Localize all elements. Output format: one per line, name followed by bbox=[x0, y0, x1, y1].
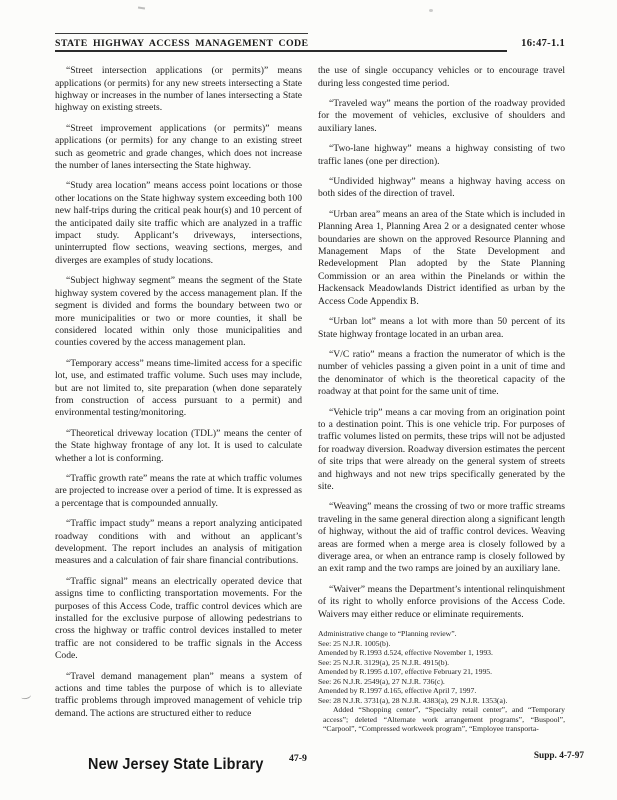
running-header: STATE HIGHWAY ACCESS MANAGEMENT CODE 16:… bbox=[55, 33, 565, 49]
definition-paragraph: “Traveled way” means the portion of the … bbox=[318, 98, 565, 135]
continuation-paragraph: the use of single occupancy vehicles or … bbox=[318, 65, 565, 90]
history-note-line: See: 28 N.J.R. 3731(a), 28 N.J.R. 4383(a… bbox=[318, 696, 565, 706]
right-column: the use of single occupancy vehicles or … bbox=[318, 65, 565, 733]
definition-paragraph: “Temporary access” means time-limited ac… bbox=[55, 358, 302, 420]
history-note-amendment: Added “Shopping center”, “Specialty reta… bbox=[323, 705, 565, 734]
definition-paragraph: “Waiver” means the Department’s intentio… bbox=[318, 584, 565, 621]
left-column: “Street intersection applications (or pe… bbox=[55, 65, 302, 733]
scan-artifact bbox=[429, 9, 433, 12]
history-note-line: See: 26 N.J.R. 2549(a), 27 N.J.R. 736(c)… bbox=[318, 677, 565, 687]
definition-paragraph: “Theoretical driveway location (TDL)” me… bbox=[55, 428, 302, 465]
scan-artifact bbox=[138, 7, 145, 10]
definition-paragraph: “Weaving” means the crossing of two or m… bbox=[318, 501, 565, 575]
history-note-line: Administrative change to “Planning revie… bbox=[318, 629, 565, 639]
two-column-body: “Street intersection applications (or pe… bbox=[55, 65, 565, 733]
scan-artifact bbox=[20, 692, 31, 700]
page-footer: New Jersey State Library 47-9 Supp. 4-7-… bbox=[0, 750, 617, 794]
definition-paragraph: “V/C ratio” means a fraction the numerat… bbox=[318, 349, 565, 399]
header-title: STATE HIGHWAY ACCESS MANAGEMENT CODE bbox=[55, 33, 308, 49]
definition-paragraph: “Travel demand management plan” means a … bbox=[55, 671, 302, 721]
history-note-line: See: 25 N.J.R. 1005(b). bbox=[318, 639, 565, 649]
definition-paragraph: “Street intersection applications (or pe… bbox=[55, 65, 302, 115]
document-page: STATE HIGHWAY ACCESS MANAGEMENT CODE 16:… bbox=[0, 0, 617, 800]
history-note-line: Amended by R.1993 d.524, effective Novem… bbox=[318, 648, 565, 658]
definition-paragraph: “Vehicle trip” means a car moving from a… bbox=[318, 407, 565, 494]
page-number: 47-9 bbox=[289, 753, 307, 764]
definition-paragraph: “Street improvement applications (or per… bbox=[55, 123, 302, 173]
definition-paragraph: “Traffic signal” means an electrically o… bbox=[55, 576, 302, 663]
history-note-line: Amended by R.1997 d.165, effective April… bbox=[318, 686, 565, 696]
library-stamp: New Jersey State Library bbox=[88, 756, 264, 774]
definition-paragraph: “Urban lot” means a lot with more than 5… bbox=[318, 316, 565, 341]
history-note-line: Amended by R.1995 d.107, effective Febru… bbox=[318, 667, 565, 677]
definition-paragraph: “Two-lane highway” means a highway consi… bbox=[318, 143, 565, 168]
supplement-date: Supp. 4-7-97 bbox=[534, 751, 584, 761]
header-rule bbox=[55, 50, 507, 52]
history-note-line: See: 25 N.J.R. 3129(a), 25 N.J.R. 4915(b… bbox=[318, 658, 565, 668]
definition-paragraph: “Undivided highway” means a highway havi… bbox=[318, 176, 565, 201]
definition-paragraph: “Urban area” means an area of the State … bbox=[318, 209, 565, 308]
definition-paragraph: “Traffic impact study” means a report an… bbox=[55, 518, 302, 568]
definition-paragraph: “Traffic growth rate” means the rate at … bbox=[55, 473, 302, 510]
header-section-number: 16:47-1.1 bbox=[521, 38, 565, 49]
history-note: Administrative change to “Planning revie… bbox=[318, 629, 565, 734]
definition-paragraph: “Subject highway segment” means the segm… bbox=[55, 275, 302, 349]
definition-paragraph: “Study area location” means access point… bbox=[55, 180, 302, 267]
